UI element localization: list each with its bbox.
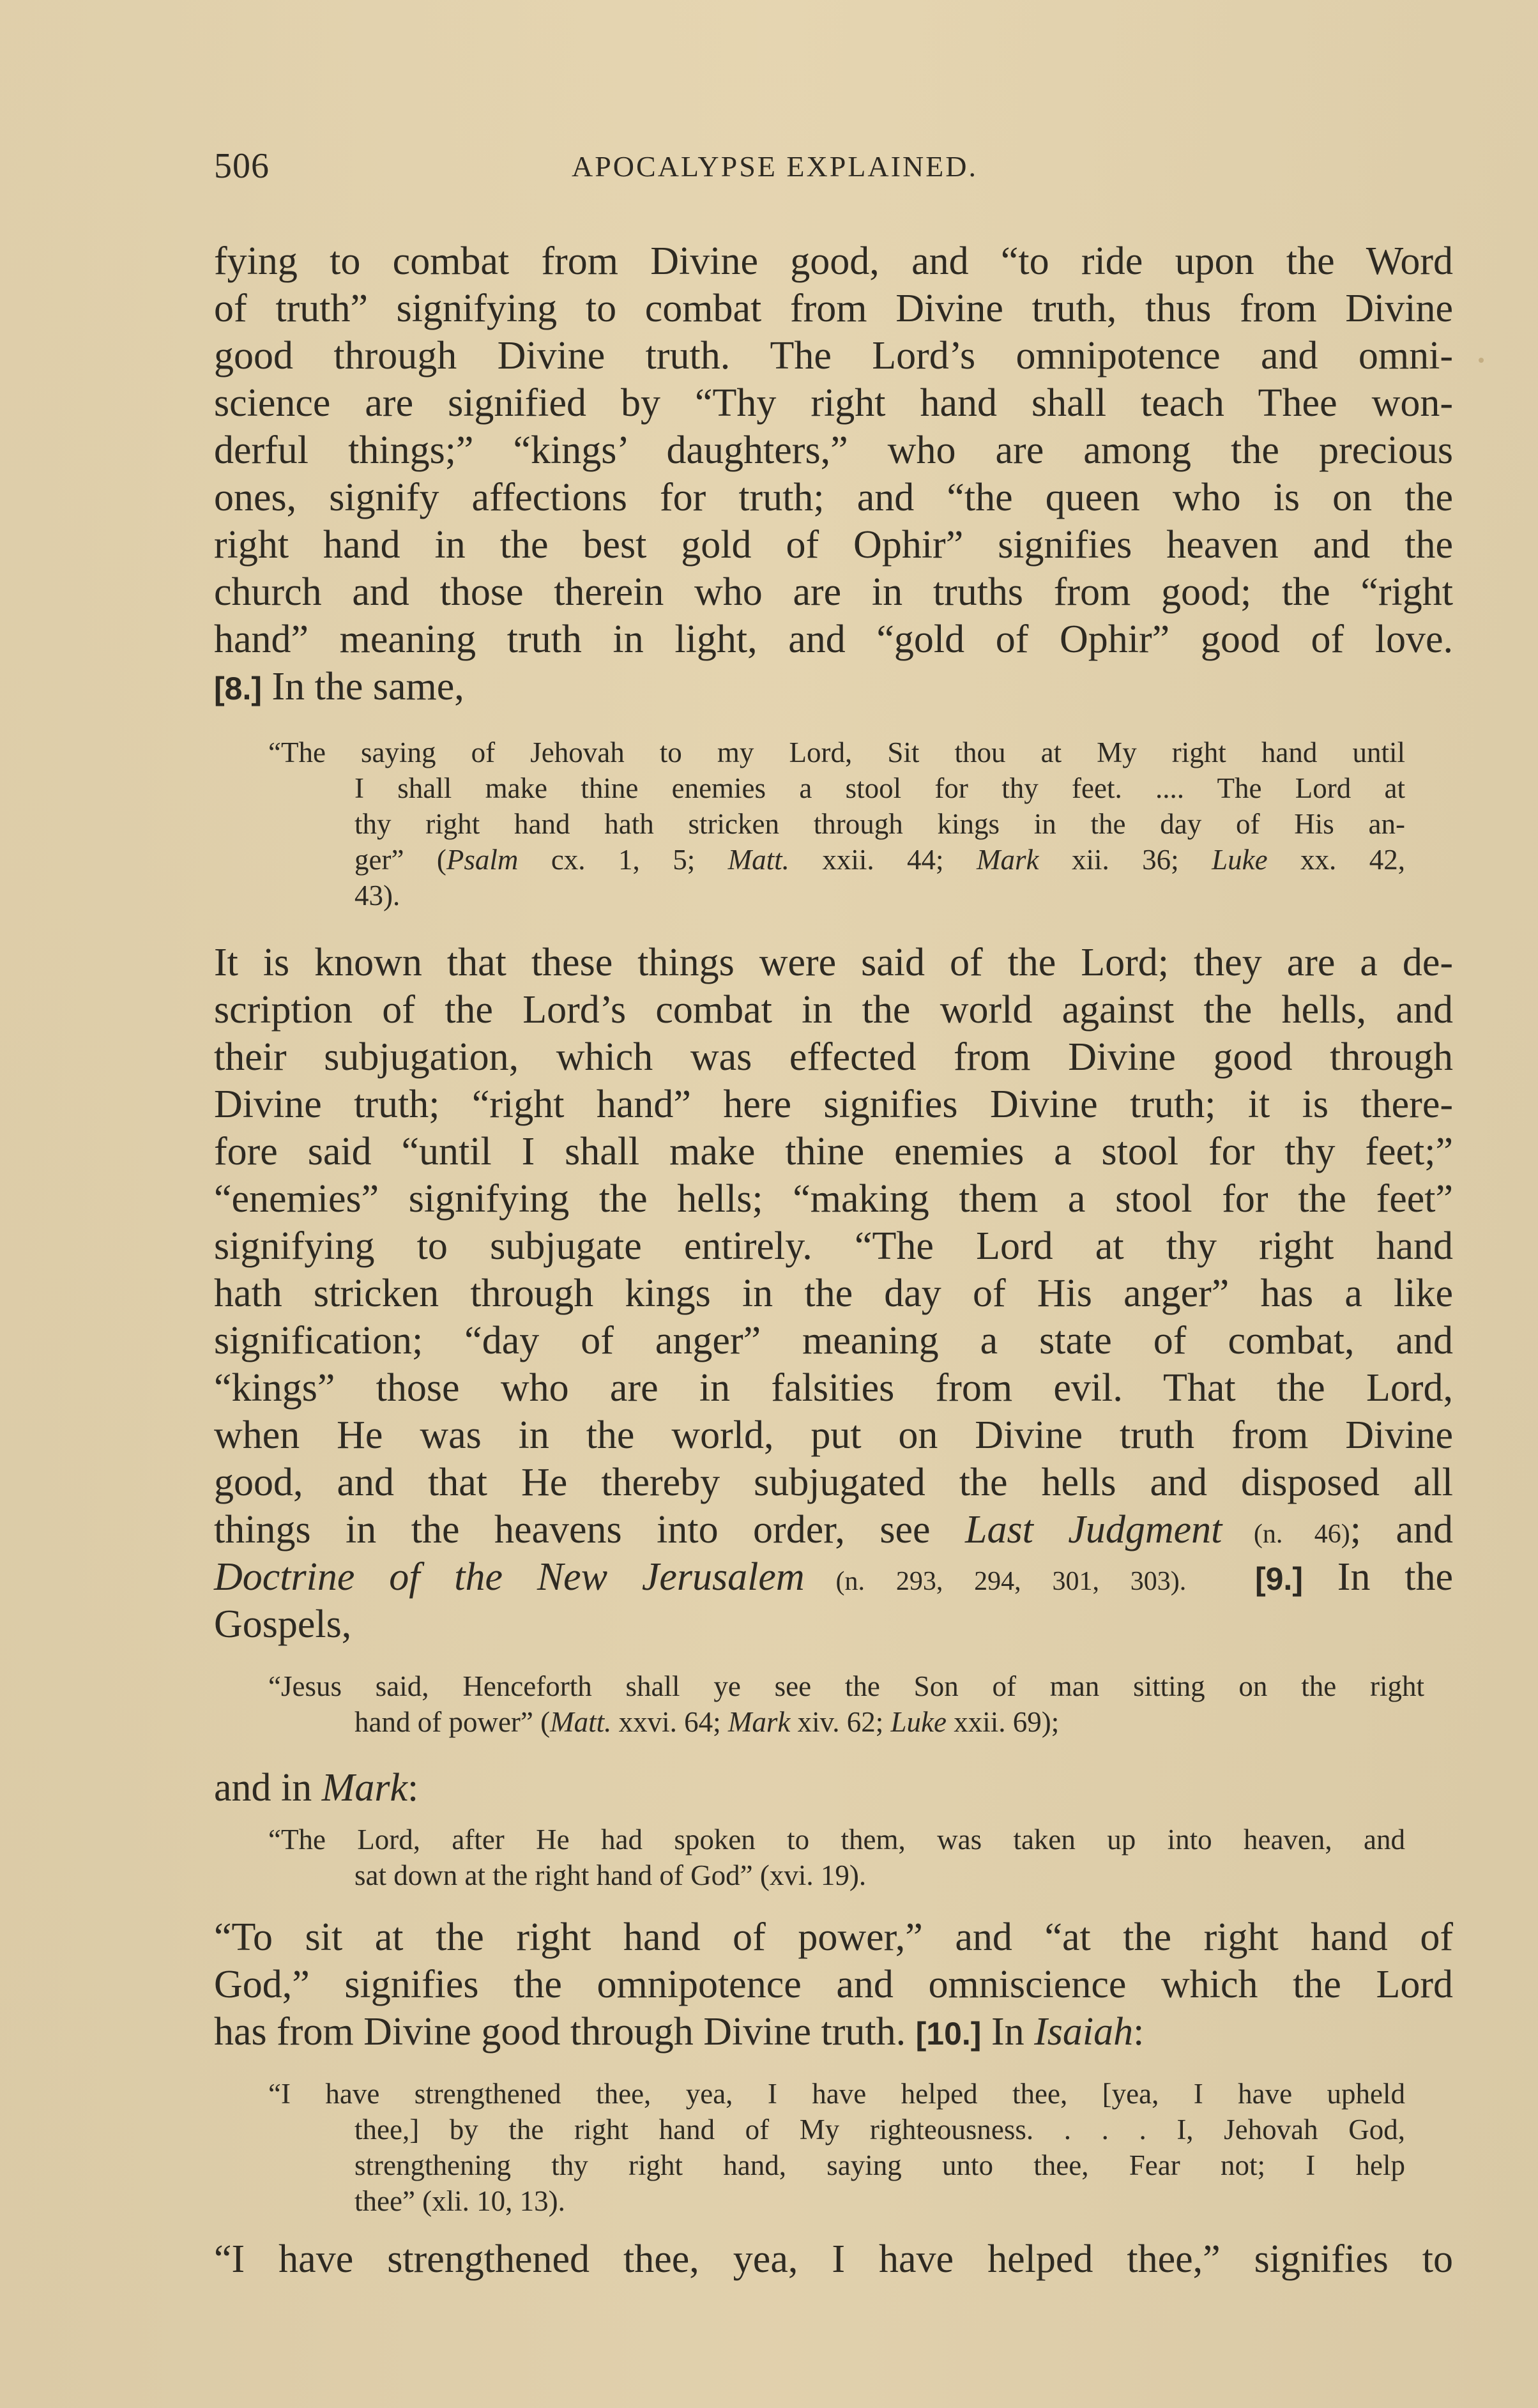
quote-line: “The Lord, after He had spoken to them, … [268,1822,1405,1857]
body-line: signifying to subjugate entirely. “The L… [214,1223,1453,1270]
quote-line: sat down at the right hand of God” (xvi.… [354,1857,1405,1893]
citation-book: Isaiah [1034,2010,1133,2054]
body-line: Doctrine of the New Jerusalem (n. 293, 2… [214,1553,1453,1605]
page-number: 506 [214,146,270,187]
paragraph-marker: [8.] [214,671,262,706]
quote-line: “The saying of Jehovah to my Lord, Sit t… [268,735,1405,770]
citation-book: Mark [322,1766,407,1810]
body-line: things in the heavens into order, see La… [214,1506,1453,1558]
quote-line: thee” (xli. 10, 13). [354,2183,1405,2219]
body-line: Gospels, [214,1601,1453,1648]
citation-title: Last Judgment [965,1508,1222,1551]
body-line: [8.] In the same, [214,663,1453,712]
body-line: hath stricken through kings in the day o… [214,1270,1453,1317]
quote-line: ger” (Psalm cx. 1, 5; Matt. xxii. 44; Ma… [354,842,1405,878]
body-line: hand” meaning truth in light, and “gold … [214,616,1453,663]
body-line: ones, signify affections for truth; and … [214,474,1453,521]
citation-book: Mark [728,1706,790,1738]
citation-title: Doctrine of the New Jerusalem [214,1555,805,1599]
body-line: God,” signifies the omnipotence and omni… [214,1961,1453,2008]
body-line: derful things;” “kings’ daughters,” who … [214,427,1453,474]
quote-line: thee,] by the right hand of My righteous… [354,2112,1405,2147]
body-line: of truth” signifying to combat from Divi… [214,285,1453,332]
body-line: “I have strengthened thee, yea, I have h… [214,2236,1453,2283]
citation-book: Matt. [550,1706,611,1738]
body-line: and in Mark: [214,1764,1453,1811]
quote-line: thy right hand hath stricken through kin… [354,806,1405,842]
page-header: 506 APOCALYPSE EXPLAINED. [214,146,1453,190]
body-line: scription of the Lord’s combat in the wo… [214,986,1453,1033]
body-line: “To sit at the right hand of power,” and… [214,1914,1453,1961]
quote-line: “I have strengthened thee, yea, I have h… [268,2076,1405,2112]
paragraph-marker: [10.] [916,2016,982,2052]
citation-book: Matt. [728,844,789,876]
paper-stain [1479,358,1484,363]
quote-line: strengthening thy right hand, saying unt… [354,2147,1405,2183]
paragraph-marker: [9.] [1255,1561,1303,1597]
quote-line: I shall make thine enemies a stool for t… [354,770,1405,806]
body-line: “kings” those who are in falsities from … [214,1364,1453,1412]
body-line: church and those therein who are in trut… [214,568,1453,616]
body-line: good, and that He thereby subjugated the… [214,1459,1453,1506]
body-line: “enemies” signifying the hells; “making … [214,1175,1453,1223]
citation-book: Luke [890,1706,946,1738]
quote-line: hand of power” (Matt. xxvi. 64; Mark xiv… [354,1704,1405,1740]
body-line: Divine truth; “right hand” here signifie… [214,1081,1453,1128]
body-line: when He was in the world, put on Divine … [214,1412,1453,1459]
running-title: APOCALYPSE EXPLAINED. [572,149,978,183]
book-page: 506 APOCALYPSE EXPLAINED. fying to comba… [0,0,1538,2408]
citation-book: Psalm [446,844,519,876]
quote-line: 43). [354,878,1405,913]
body-line: right hand in the best gold of Ophir” si… [214,521,1453,568]
quote-line: “Jesus said, Henceforth shall ye see the… [268,1668,1424,1704]
body-line: It is known that these things were said … [214,939,1453,986]
citation-book: Mark [977,844,1039,876]
body-line: good through Divine truth. The Lord’s om… [214,332,1453,379]
body-line: fore said “until I shall make thine enem… [214,1128,1453,1175]
body-line: science are signified by “Thy right hand… [214,379,1453,427]
body-line: signification; “day of anger” meaning a … [214,1317,1453,1364]
body-line: their subjugation, which was effected fr… [214,1033,1453,1081]
body-line: fying to combat from Divine good, and “t… [214,238,1453,285]
citation-book: Luke [1212,844,1267,876]
body-line: has from Divine good through Divine trut… [214,2008,1453,2057]
